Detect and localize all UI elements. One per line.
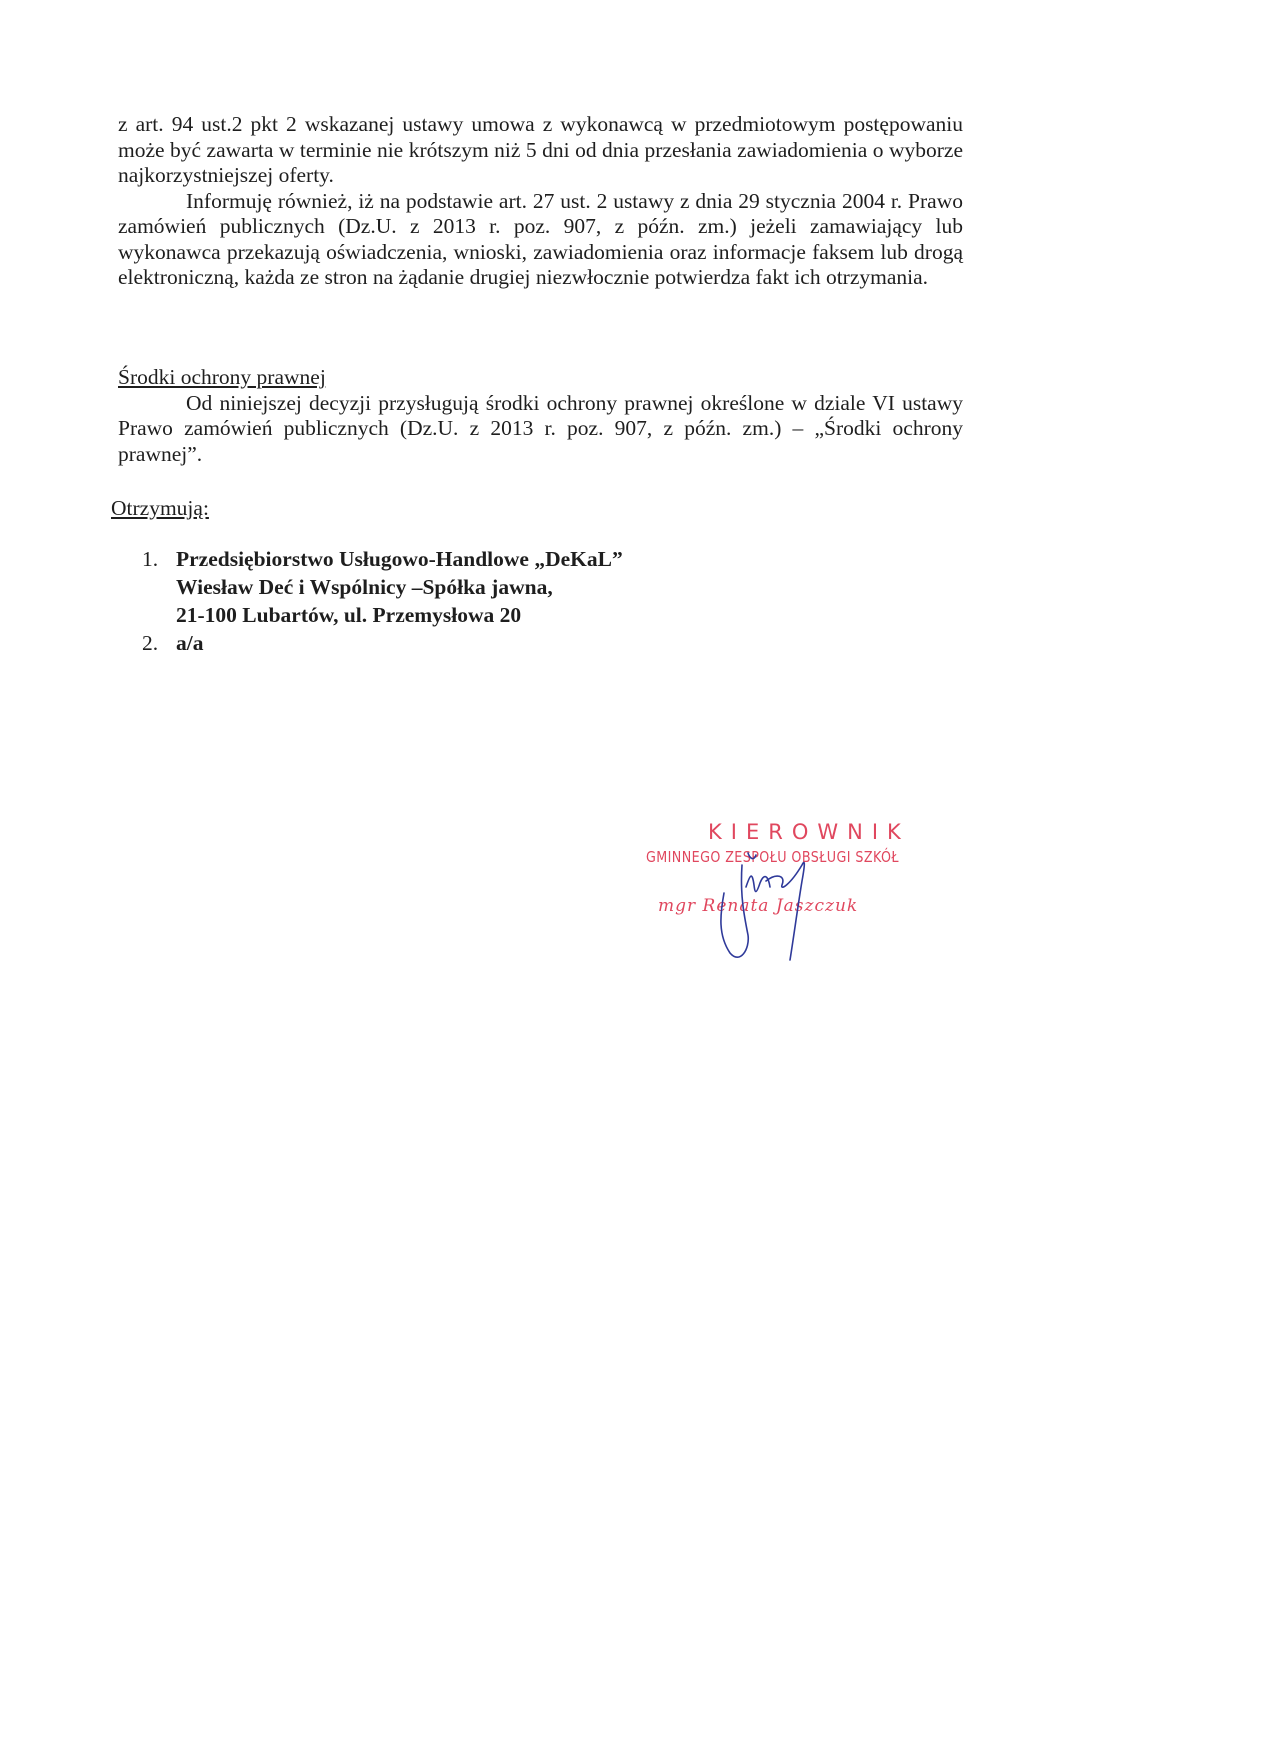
- recipients-list: 1. Przedsiębiorstwo Usługowo-Handlowe „D…: [142, 545, 623, 657]
- recipient-item: 1. Przedsiębiorstwo Usługowo-Handlowe „D…: [142, 545, 623, 629]
- paragraph-legal-remedies: Od niniejszej decyzji przysługują środki…: [118, 391, 963, 468]
- handwritten-signature-icon: [690, 845, 890, 965]
- recipient-item: 2. a/a: [142, 629, 623, 657]
- body-section-legal-remedies: Środki ochrony prawnej Od niniejszej dec…: [118, 365, 963, 467]
- document-page: z art. 94 ust.2 pkt 2 wskazanej ustawy u…: [0, 0, 1275, 1753]
- paragraph-confirmation-info: Informuję również, iż na podstawie art. …: [118, 189, 963, 291]
- recipient-line: a/a: [176, 629, 203, 657]
- recipient-line: Wiesław Deć i Wspólnicy –Spółka jawna,: [176, 573, 623, 601]
- section-heading-legal-remedies: Środki ochrony prawnej: [118, 365, 963, 391]
- recipients-heading: Otrzymują:: [111, 496, 209, 521]
- recipient-line: 21-100 Lubartów, ul. Przemysłowa 20: [176, 601, 623, 629]
- recipient-number: 2.: [142, 629, 176, 657]
- body-section-1: z art. 94 ust.2 pkt 2 wskazanej ustawy u…: [118, 112, 963, 291]
- recipient-address: Przedsiębiorstwo Usługowo-Handlowe „DeKa…: [176, 545, 623, 629]
- paragraph-contract-term: z art. 94 ust.2 pkt 2 wskazanej ustawy u…: [118, 112, 963, 189]
- recipient-address: a/a: [176, 629, 203, 657]
- stamp-title: KIEROWNIK: [708, 820, 910, 844]
- recipient-line: Przedsiębiorstwo Usługowo-Handlowe „DeKa…: [176, 545, 623, 573]
- recipient-number: 1.: [142, 545, 176, 629]
